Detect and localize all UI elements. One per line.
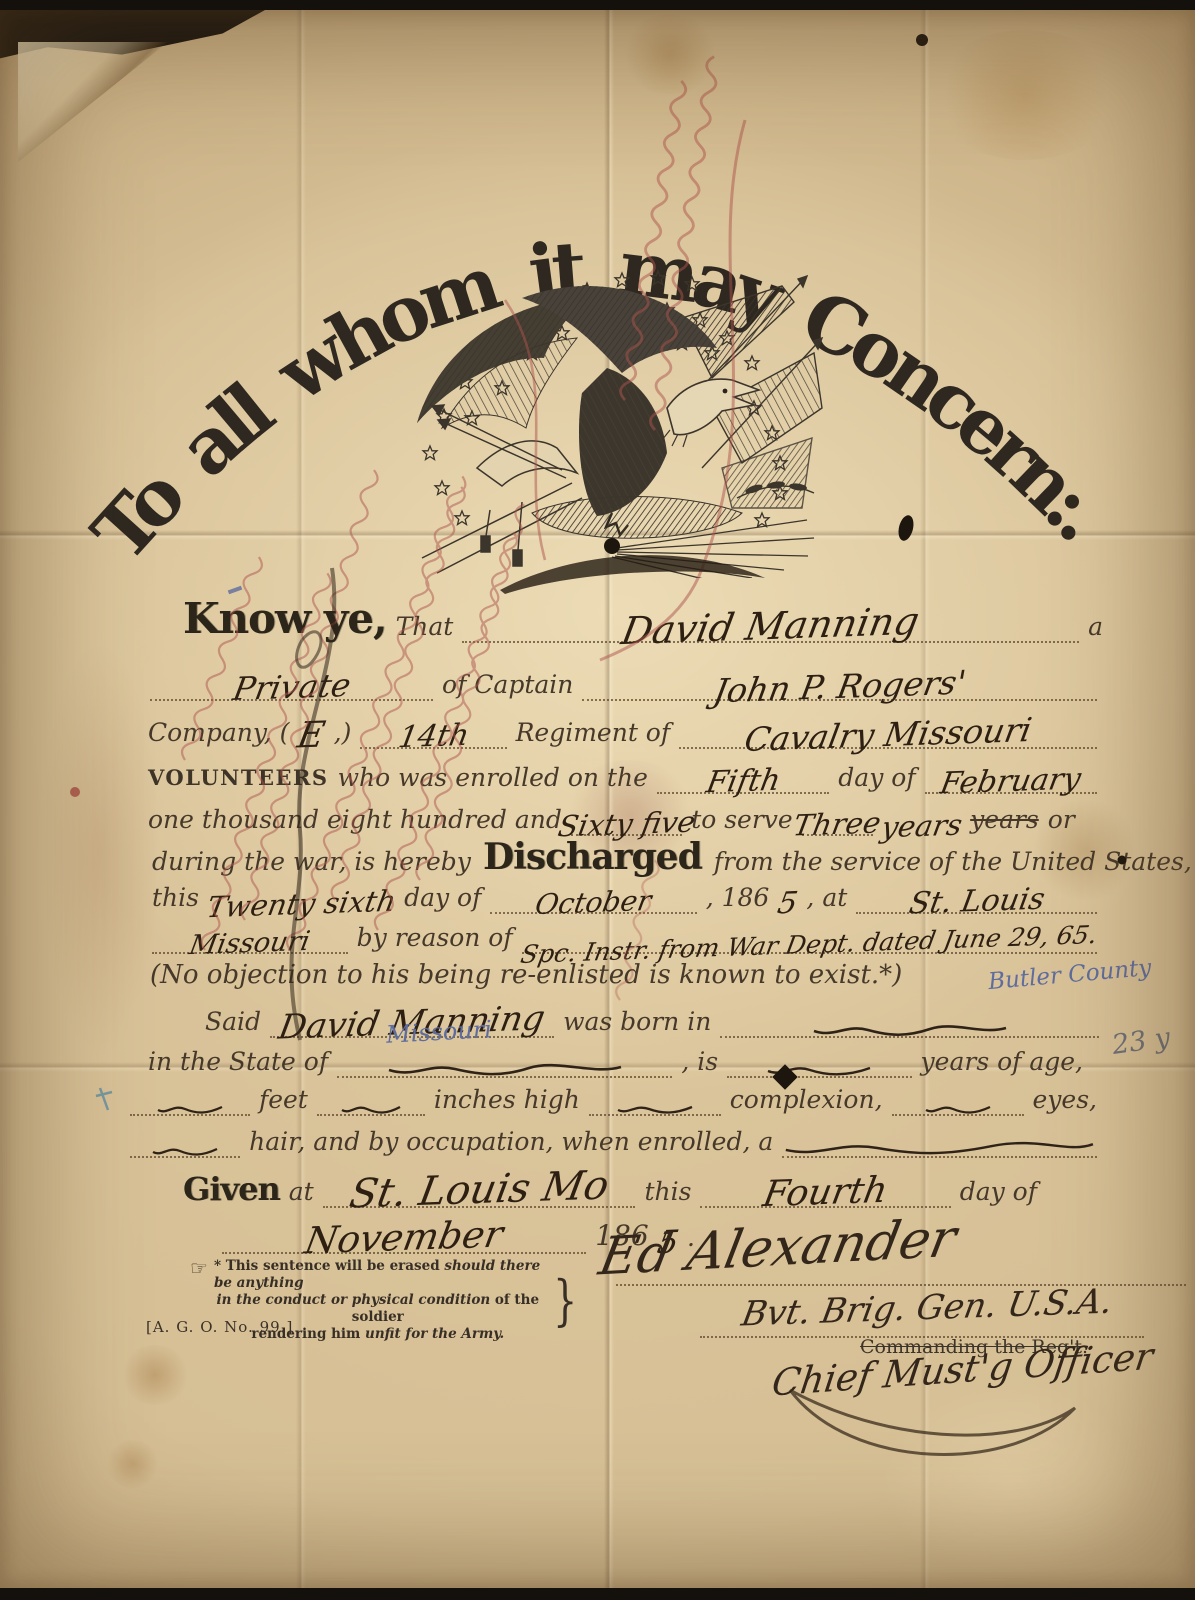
line-enrolled: VOLUNTEERS who was enrolled on the Fifth… bbox=[148, 752, 1097, 794]
printed-that: That bbox=[396, 612, 454, 643]
regiment-number: 14th bbox=[395, 718, 471, 755]
given-month: November bbox=[302, 1213, 507, 1263]
printed-said: Said bbox=[205, 1007, 261, 1038]
printed-is: , is bbox=[681, 1047, 718, 1078]
annotation-state: Missouri bbox=[385, 1015, 492, 1049]
ditto-squiggle bbox=[150, 1144, 220, 1158]
ditto-squiggle bbox=[385, 1060, 625, 1078]
printed-or: or bbox=[1048, 805, 1075, 836]
printed-of-captain: of Captain bbox=[442, 670, 573, 701]
blank-reason: Spc. Instr. from War Dept. dated June 29… bbox=[522, 923, 1097, 954]
blank-soldier-name: David Manning bbox=[462, 597, 1079, 643]
given-day: Fourth bbox=[760, 1170, 891, 1215]
scanned-document: { "document": { "type": "Civil War disch… bbox=[0, 0, 1195, 1600]
ditto-squiggle bbox=[339, 1102, 403, 1116]
signature-line bbox=[616, 1238, 1186, 1286]
printed-day-of: day of bbox=[838, 763, 915, 794]
blank-regiment-number: 14th bbox=[360, 712, 506, 749]
know-ye-label: Know ye, bbox=[183, 594, 387, 643]
footnote-line3-italic: unfit for the Army. bbox=[365, 1326, 504, 1342]
printed-this: this bbox=[152, 883, 199, 914]
blank-given-day: Fourth bbox=[700, 1165, 950, 1208]
line-know-ye: Know ye, That David Manning a bbox=[183, 585, 1103, 643]
line-company-regiment: Company, ( E ,) 14th Regiment of Cavalry… bbox=[148, 702, 1097, 749]
blank-state-of bbox=[337, 1060, 672, 1078]
line-no-objection: (No objection to his being re-enlisted i… bbox=[150, 954, 1045, 992]
printed-in-state-of: in the State of bbox=[148, 1047, 328, 1078]
line-reason: Missouri by reason of Spc. Instr. from W… bbox=[152, 914, 1097, 954]
line-description: feet inches high complexion, eyes, bbox=[130, 1078, 1097, 1116]
printed-company: Company, ( bbox=[148, 718, 289, 749]
discharged-label: Discharged bbox=[483, 836, 702, 878]
line-given-at: Given at St. Louis Mo this Fourth day of bbox=[183, 1158, 1037, 1208]
blank-regiment-type: Cavalry Missouri bbox=[679, 708, 1097, 749]
ditto-squiggle bbox=[615, 1102, 695, 1116]
blank-feet bbox=[130, 1102, 250, 1116]
blank-given-place: St. Louis Mo bbox=[323, 1160, 636, 1208]
blank-discharge-place: St. Louis bbox=[856, 877, 1097, 914]
blank-complexion bbox=[589, 1102, 721, 1116]
printed-to-serve: to serve bbox=[691, 805, 793, 836]
printed-feet: feet bbox=[259, 1085, 308, 1116]
blank-enroll-year: Sixty five bbox=[571, 800, 682, 836]
blank-rank: Private bbox=[150, 661, 433, 701]
blank-enroll-month: February bbox=[925, 757, 1097, 794]
blank-discharge-month: October bbox=[490, 879, 696, 914]
line-discharge-date: this Twenty sixth day of October , 186 5… bbox=[152, 874, 1097, 914]
printed-hair-occupation: hair, and by occupation, when enrolled, … bbox=[249, 1127, 773, 1158]
printed-born-in: was born in bbox=[563, 1007, 711, 1038]
printed-paren: ,) bbox=[334, 718, 352, 749]
line-year-serve: one thousand eight hundred and Sixty fiv… bbox=[148, 794, 1095, 836]
blank-enroll-day: Fifth bbox=[657, 757, 829, 794]
line-rank-captain: Private of Captain John P. Rogers' bbox=[150, 651, 1097, 701]
printed-day-of-2: day of bbox=[404, 883, 481, 914]
given-label: Given bbox=[183, 1170, 280, 1208]
footnote-line2-italic: in the conduct or physical condition bbox=[217, 1292, 491, 1308]
printed-years-struck: years bbox=[970, 805, 1039, 836]
line-hair-occupation: hair, and by occupation, when enrolled, … bbox=[130, 1118, 1097, 1158]
pointing-hand-icon: ☞ bbox=[190, 1256, 208, 1280]
printed-complexion: complexion, bbox=[730, 1085, 883, 1116]
printed-one-thousand: one thousand eight hundred and bbox=[148, 805, 562, 836]
ditto-squiggle bbox=[155, 1102, 225, 1116]
blank-hair bbox=[130, 1144, 240, 1158]
printed-enrolled: who was enrolled on the bbox=[338, 763, 648, 794]
printed-a: a bbox=[1088, 612, 1103, 643]
blank-given-month: November bbox=[222, 1209, 586, 1254]
blank-occupation bbox=[782, 1138, 1097, 1158]
printed-years-of-age: years of age, bbox=[921, 1047, 1083, 1078]
ago-number: [A. G. O. No. 99.] bbox=[146, 1318, 293, 1336]
line-discharged: during the war, is hereby Discharged fro… bbox=[152, 834, 1091, 878]
printed-day-of-3: day of bbox=[960, 1177, 1037, 1208]
printed-eyes: eyes, bbox=[1033, 1085, 1098, 1116]
blank-state-entry: Missouri bbox=[152, 921, 348, 954]
no-objection-sentence: (No objection to his being re-enlisted i… bbox=[150, 960, 902, 992]
blank-captain-name: John P. Rogers' bbox=[582, 660, 1097, 701]
printed-this-2: this bbox=[644, 1177, 691, 1208]
blank-eyes bbox=[892, 1102, 1024, 1116]
blank-age bbox=[727, 1062, 911, 1078]
footnote-line1-roman: * This sentence will be erased bbox=[214, 1258, 444, 1274]
printed-at-2: at bbox=[289, 1177, 314, 1208]
blank-inches bbox=[317, 1102, 425, 1116]
signature-rank-line bbox=[700, 1292, 1144, 1338]
printed-at: , at bbox=[806, 883, 847, 914]
printed-inches-high: inches high bbox=[434, 1085, 580, 1116]
footnote-brace: } bbox=[553, 1269, 577, 1332]
ditto-squiggle bbox=[782, 1138, 1097, 1158]
printed-volunteers: VOLUNTEERS bbox=[148, 765, 329, 794]
printed-by-reason: by reason of bbox=[357, 923, 513, 954]
blank-term: Three bbox=[802, 800, 873, 836]
printed-186: , 186 bbox=[706, 883, 770, 914]
ditto-squiggle bbox=[764, 1062, 874, 1078]
line-state-age: in the State of , is years of age, bbox=[148, 1036, 1083, 1078]
ditto-squiggle bbox=[923, 1102, 993, 1116]
line-born: Said David Manning was born in bbox=[205, 992, 1099, 1038]
printed-regiment-of: Regiment of bbox=[516, 718, 671, 749]
